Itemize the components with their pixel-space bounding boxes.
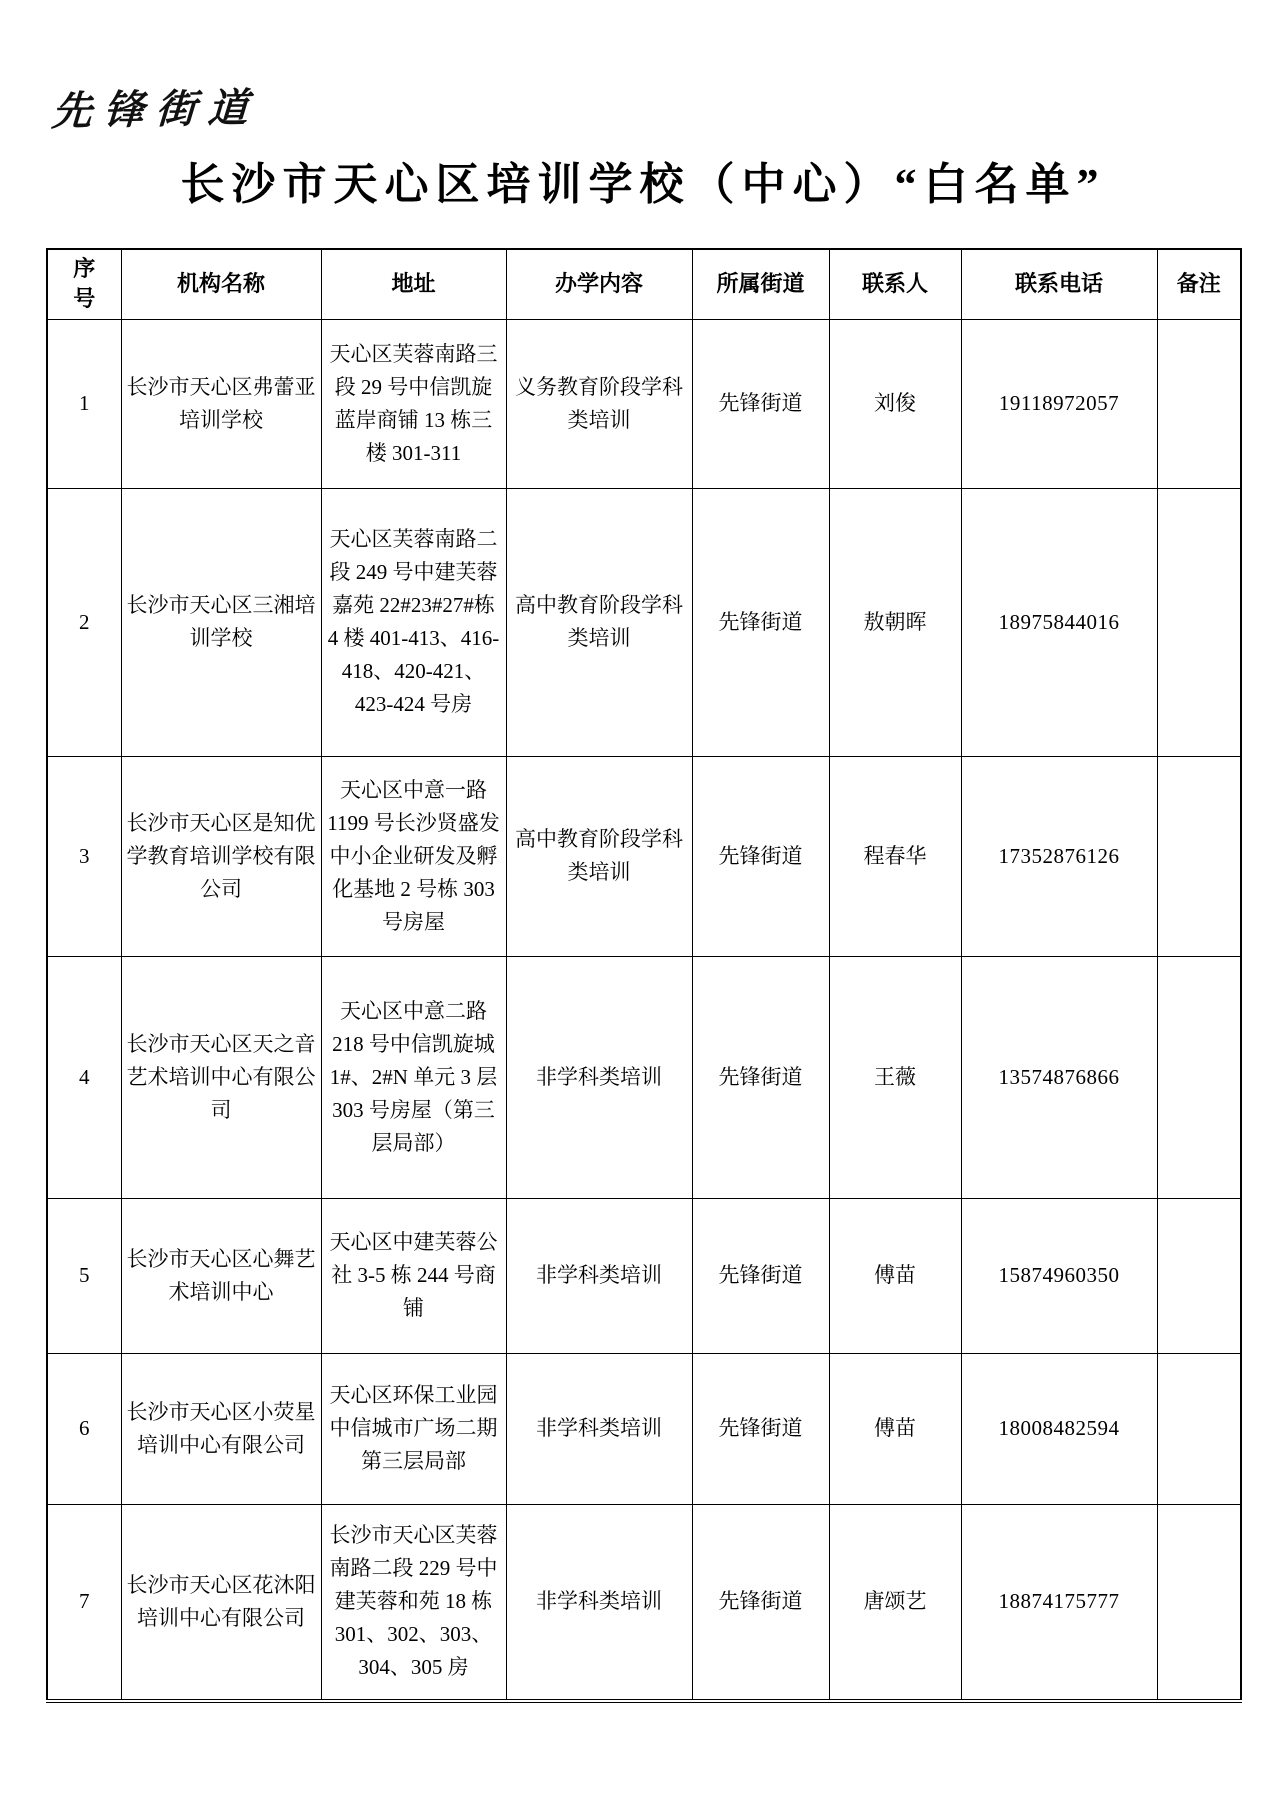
cell-street: 先锋街道 bbox=[692, 488, 829, 756]
cell-seq: 1 bbox=[47, 319, 121, 488]
cell-address: 长沙市天心区芙蓉南路二段 229 号中建芙蓉和苑 18 栋 301、302、30… bbox=[321, 1504, 506, 1701]
cell-institution-name: 长沙市天心区小荧星培训中心有限公司 bbox=[121, 1353, 321, 1504]
header-address: 地址 bbox=[321, 249, 506, 319]
cell-institution-name: 长沙市天心区心舞艺术培训中心 bbox=[121, 1198, 321, 1353]
cell-contact-phone: 15874960350 bbox=[961, 1198, 1157, 1353]
cell-contact-person: 傅苗 bbox=[829, 1353, 961, 1504]
cell-remark bbox=[1157, 1353, 1241, 1504]
cell-address: 天心区中建芙蓉公社 3-5 栋 244 号商铺 bbox=[321, 1198, 506, 1353]
cell-contact-person: 唐颂艺 bbox=[829, 1504, 961, 1701]
table-row: 5 长沙市天心区心舞艺术培训中心 天心区中建芙蓉公社 3-5 栋 244 号商铺… bbox=[47, 1198, 1241, 1353]
cell-contact-person: 程春华 bbox=[829, 756, 961, 956]
cell-institution-name: 长沙市天心区天之音艺术培训中心有限公司 bbox=[121, 956, 321, 1198]
header-teaching-content: 办学内容 bbox=[506, 249, 692, 319]
cell-remark bbox=[1157, 1198, 1241, 1353]
cell-teaching-content: 义务教育阶段学科类培训 bbox=[506, 319, 692, 488]
cell-contact-person: 刘俊 bbox=[829, 319, 961, 488]
document-page: 先锋街道 长沙市天心区培训学校（中心）“白名单” 序 号 机构名称 地址 办学内… bbox=[0, 0, 1280, 1810]
header-institution-name: 机构名称 bbox=[121, 249, 321, 319]
cell-teaching-content: 非学科类培训 bbox=[506, 1198, 692, 1353]
header-contact-person: 联系人 bbox=[829, 249, 961, 319]
cell-remark bbox=[1157, 756, 1241, 956]
cell-seq: 3 bbox=[47, 756, 121, 956]
cell-street: 先锋街道 bbox=[692, 756, 829, 956]
cell-remark bbox=[1157, 1504, 1241, 1701]
cell-contact-phone: 18874175777 bbox=[961, 1504, 1157, 1701]
cell-address: 天心区中意一路 1199 号长沙贤盛发中小企业研发及孵化基地 2 号栋 303 … bbox=[321, 756, 506, 956]
cell-address: 天心区芙蓉南路二段 249 号中建芙蓉嘉苑 22#23#27#栋 4 楼 401… bbox=[321, 488, 506, 756]
cell-street: 先锋街道 bbox=[692, 956, 829, 1198]
header-seq: 序 号 bbox=[47, 249, 121, 319]
cell-address: 天心区中意二路 218 号中信凯旋城 1#、2#N 单元 3 层 303 号房屋… bbox=[321, 956, 506, 1198]
table-row: 3 长沙市天心区是知优学教育培训学校有限公司 天心区中意一路 1199 号长沙贤… bbox=[47, 756, 1241, 956]
cell-seq: 6 bbox=[47, 1353, 121, 1504]
cell-contact-phone: 18008482594 bbox=[961, 1353, 1157, 1504]
cell-contact-phone: 19118972057 bbox=[961, 319, 1157, 488]
table-header-row: 序 号 机构名称 地址 办学内容 所属街道 联系人 联系电话 备注 bbox=[47, 249, 1241, 319]
cell-contact-person: 敖朝晖 bbox=[829, 488, 961, 756]
cell-contact-phone: 17352876126 bbox=[961, 756, 1157, 956]
header-remark: 备注 bbox=[1157, 249, 1241, 319]
handwritten-street-note: 先锋街道 bbox=[51, 76, 262, 137]
cell-teaching-content: 非学科类培训 bbox=[506, 1353, 692, 1504]
cell-teaching-content: 非学科类培训 bbox=[506, 956, 692, 1198]
cell-street: 先锋街道 bbox=[692, 1504, 829, 1701]
whitelist-table: 序 号 机构名称 地址 办学内容 所属街道 联系人 联系电话 备注 1 长沙市天… bbox=[46, 248, 1242, 1703]
header-contact-phone: 联系电话 bbox=[961, 249, 1157, 319]
cell-teaching-content: 高中教育阶段学科类培训 bbox=[506, 488, 692, 756]
cell-contact-phone: 18975844016 bbox=[961, 488, 1157, 756]
table-row: 2 长沙市天心区三湘培训学校 天心区芙蓉南路二段 249 号中建芙蓉嘉苑 22#… bbox=[47, 488, 1241, 756]
cell-institution-name: 长沙市天心区花沐阳培训中心有限公司 bbox=[121, 1504, 321, 1701]
cell-seq: 5 bbox=[47, 1198, 121, 1353]
header-street: 所属街道 bbox=[692, 249, 829, 319]
cell-address: 天心区环保工业园中信城市广场二期第三层局部 bbox=[321, 1353, 506, 1504]
cell-contact-phone: 13574876866 bbox=[961, 956, 1157, 1198]
cell-remark bbox=[1157, 488, 1241, 756]
cell-street: 先锋街道 bbox=[692, 1198, 829, 1353]
page-title: 长沙市天心区培训学校（中心）“白名单” bbox=[46, 148, 1240, 212]
cell-seq: 2 bbox=[47, 488, 121, 756]
table-row: 7 长沙市天心区花沐阳培训中心有限公司 长沙市天心区芙蓉南路二段 229 号中建… bbox=[47, 1504, 1241, 1701]
cell-institution-name: 长沙市天心区三湘培训学校 bbox=[121, 488, 321, 756]
cell-remark bbox=[1157, 956, 1241, 1198]
cell-seq: 7 bbox=[47, 1504, 121, 1701]
cell-contact-person: 傅苗 bbox=[829, 1198, 961, 1353]
cell-street: 先锋街道 bbox=[692, 319, 829, 488]
cell-teaching-content: 高中教育阶段学科类培训 bbox=[506, 756, 692, 956]
cell-teaching-content: 非学科类培训 bbox=[506, 1504, 692, 1701]
cell-seq: 4 bbox=[47, 956, 121, 1198]
table-row: 4 长沙市天心区天之音艺术培训中心有限公司 天心区中意二路 218 号中信凯旋城… bbox=[47, 956, 1241, 1198]
cell-institution-name: 长沙市天心区是知优学教育培训学校有限公司 bbox=[121, 756, 321, 956]
cell-contact-person: 王薇 bbox=[829, 956, 961, 1198]
cell-institution-name: 长沙市天心区弗蕾亚培训学校 bbox=[121, 319, 321, 488]
cell-address: 天心区芙蓉南路三段 29 号中信凯旋蓝岸商铺 13 栋三楼 301-311 bbox=[321, 319, 506, 488]
cell-street: 先锋街道 bbox=[692, 1353, 829, 1504]
cell-remark bbox=[1157, 319, 1241, 488]
table-row: 1 长沙市天心区弗蕾亚培训学校 天心区芙蓉南路三段 29 号中信凯旋蓝岸商铺 1… bbox=[47, 319, 1241, 488]
table-row: 6 长沙市天心区小荧星培训中心有限公司 天心区环保工业园中信城市广场二期第三层局… bbox=[47, 1353, 1241, 1504]
